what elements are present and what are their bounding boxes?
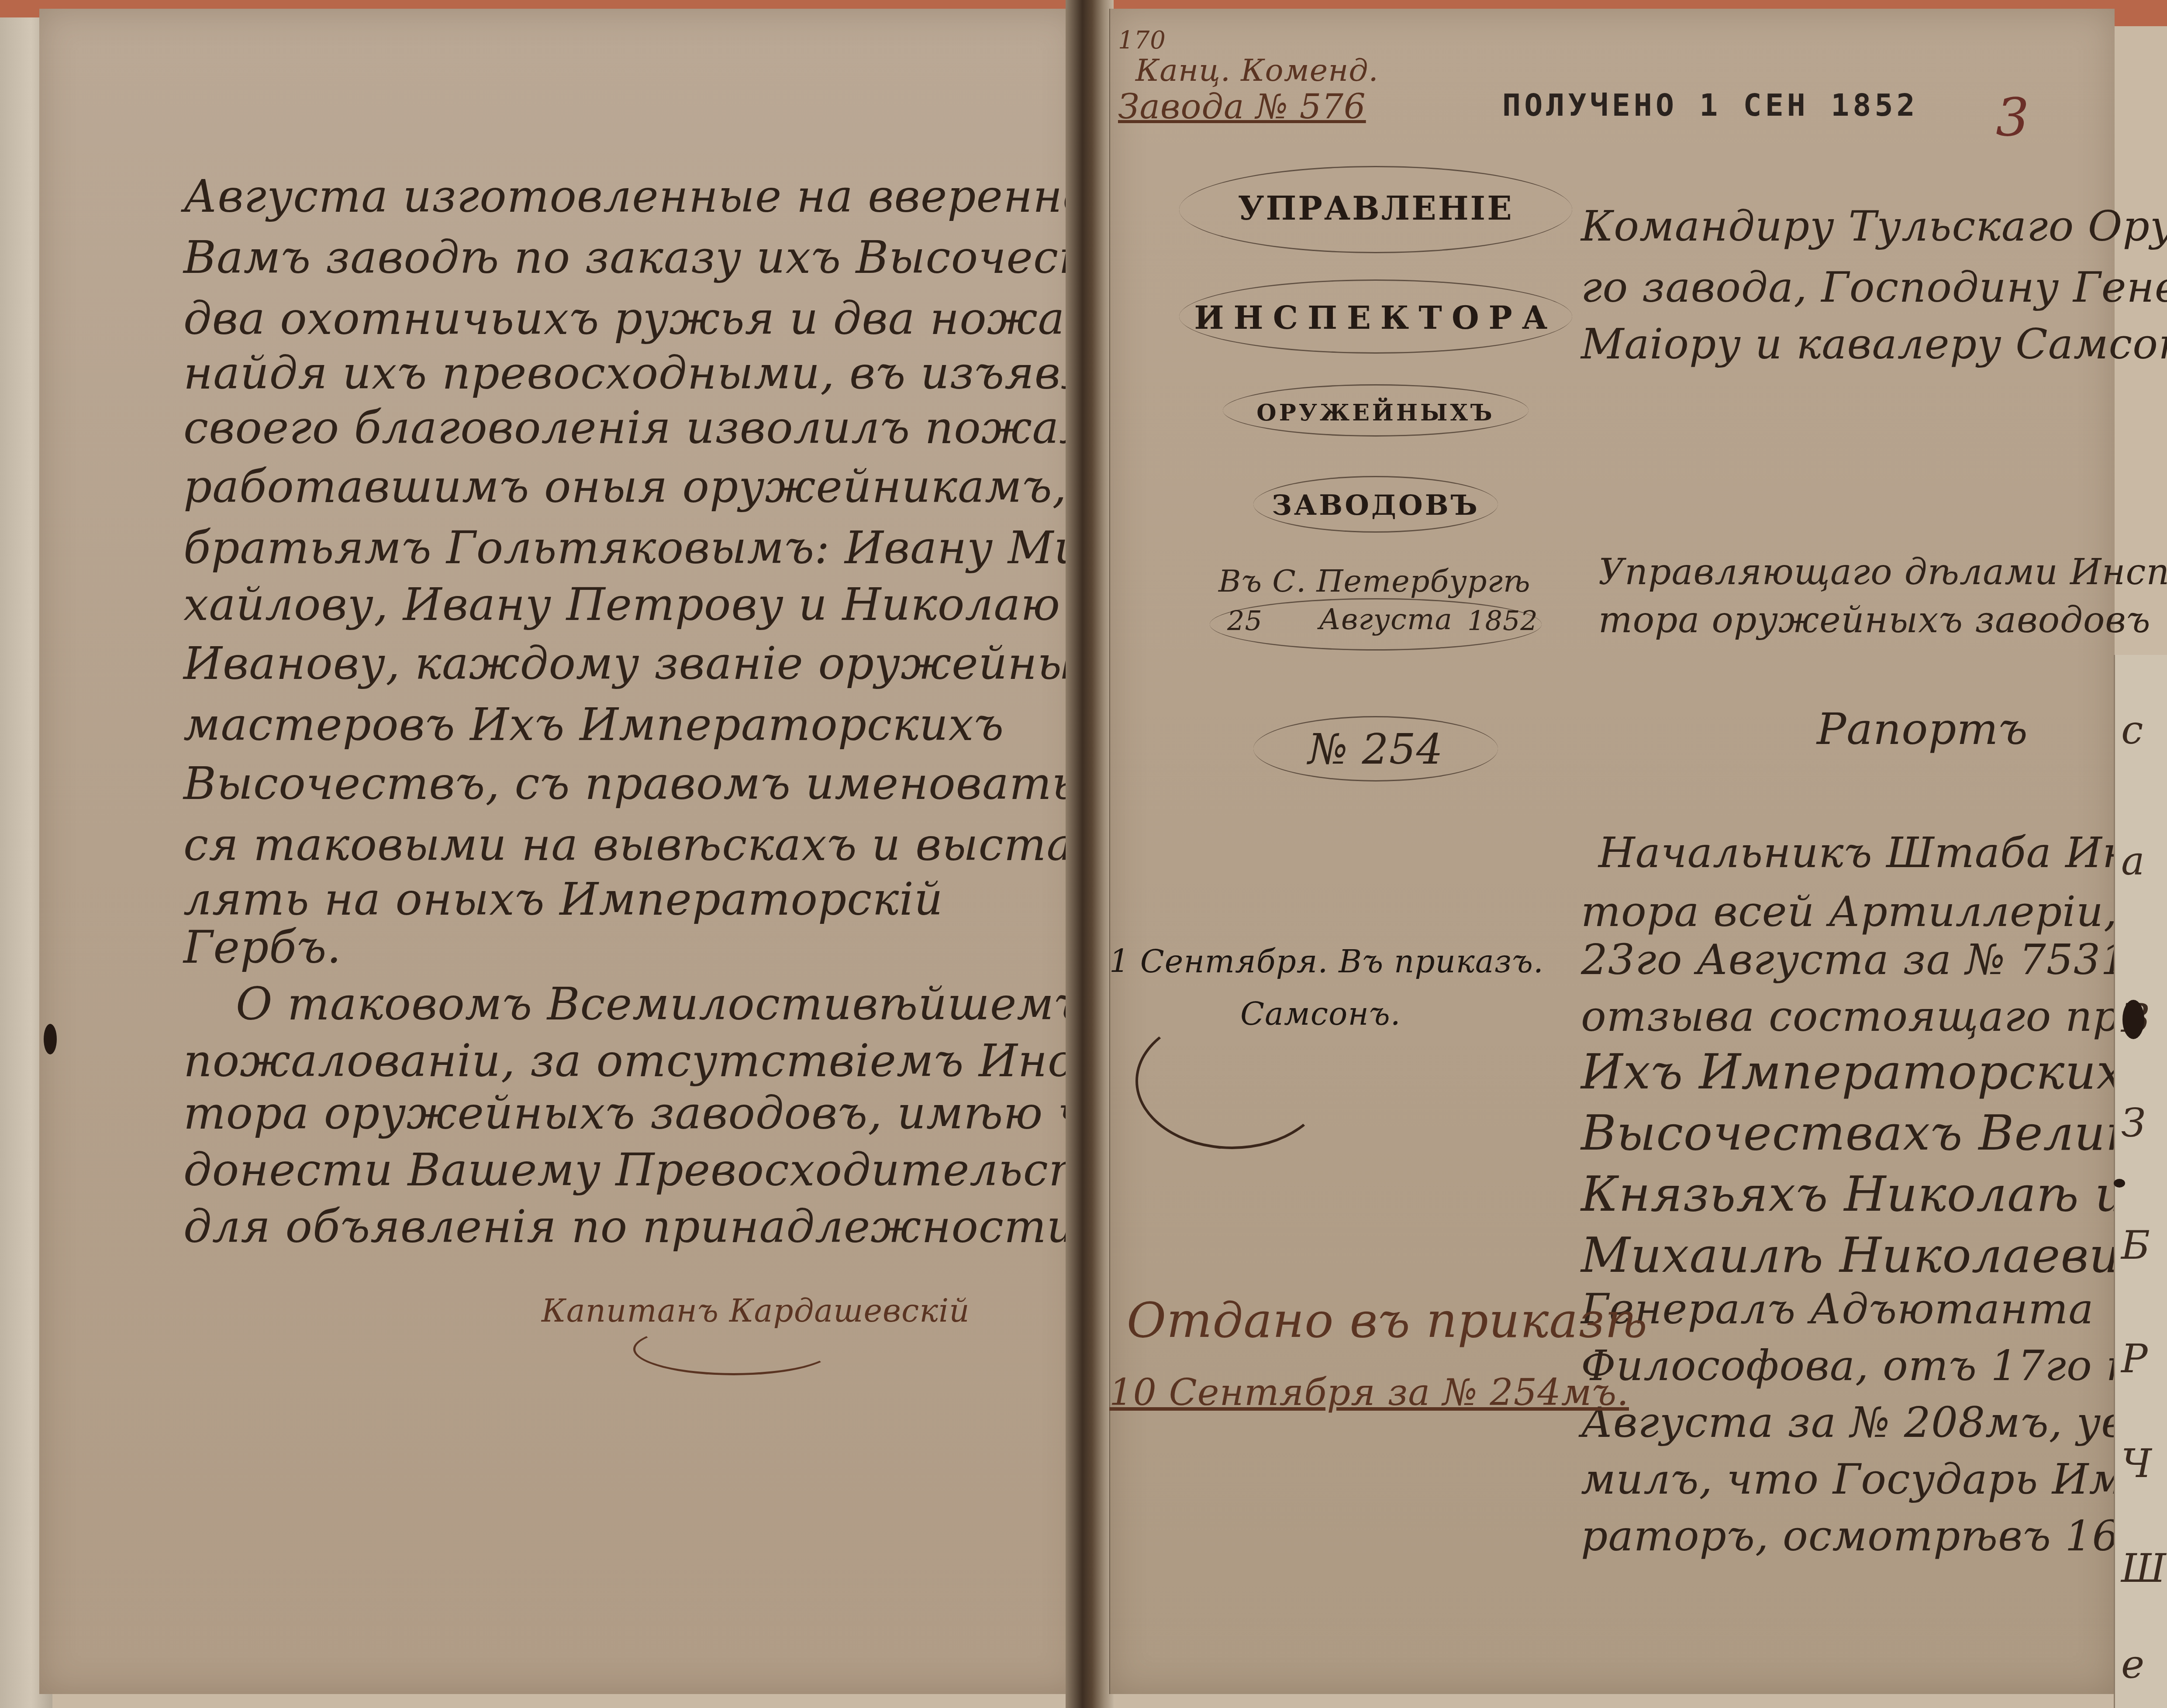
letterhead-line1: УПРАВЛЕНІЕ bbox=[1179, 190, 1572, 227]
report-body-line: Философова, отъ 17го того жъ bbox=[1581, 1345, 2167, 1387]
addressee-line: Маіору и кавалеру Самсону bbox=[1581, 323, 2167, 365]
margin-note-line1: Канц. Коменд. bbox=[1135, 52, 1379, 88]
report-body-line: Ихъ Императорскихъ bbox=[1581, 1048, 2157, 1096]
letterhead-month: Августа bbox=[1319, 603, 1453, 636]
report-body-line: Михаилѣ Николаевичахъ, bbox=[1581, 1231, 2167, 1279]
resolution-note: 1 Сентября. Въ приказъ. bbox=[1109, 943, 1544, 980]
addressee-line: го завода, Господину Генералъ bbox=[1581, 266, 2167, 308]
left-text-line: пожалованіи, за отсутствіемъ Инспек- bbox=[183, 1039, 1172, 1084]
left-text-line: Иванову, каждому званіе оружейныхъ bbox=[183, 642, 1130, 686]
letterhead: УПРАВЛЕНІЕ ИНСПЕКТОРА ОРУЖЕЙНЫХЪ ЗАВОДОВ… bbox=[1179, 148, 1572, 782]
book-spine bbox=[1066, 0, 1114, 1708]
leaf-fragment: Б bbox=[2121, 1222, 2150, 1268]
signature-flourish-icon bbox=[633, 1323, 834, 1375]
report-body-line: Начальникъ Штаба Инспек- bbox=[1598, 832, 2167, 874]
leaf-fragment: З bbox=[2121, 1100, 2146, 1146]
letterhead-line2: ИНСПЕКТОРА bbox=[1179, 299, 1572, 336]
annotation-line1: Отдано въ приказѣ bbox=[1127, 1292, 1648, 1348]
letterhead-year: 1852 bbox=[1467, 605, 1538, 637]
ink-stain bbox=[44, 1024, 57, 1054]
margin-note-line2: Завода № 576 bbox=[1118, 87, 1366, 127]
leaf-fragment: с bbox=[2121, 707, 2143, 753]
report-body-line: 23го Августа за № 7531м, съ bbox=[1581, 939, 2167, 981]
sender-line: тора оружейныхъ заводовъ bbox=[1598, 603, 2151, 638]
signature-flourish-icon bbox=[1135, 1013, 1328, 1149]
leaf-fragment: Ч bbox=[2121, 1441, 2152, 1487]
left-text-line: донести Вашему Превосходительству bbox=[183, 1148, 1144, 1193]
letterhead-number: № 254 bbox=[1179, 725, 1572, 774]
report-body-line: отзыва состоящаго при bbox=[1581, 995, 2147, 1037]
report-body-line: тора всей Артиллеріи, отъ bbox=[1581, 891, 2167, 933]
leaf-fragment: Ш bbox=[2121, 1546, 2166, 1591]
leaf-fragment: е bbox=[2121, 1642, 2144, 1687]
report-body-line: Князьяхъ Николаѣ и bbox=[1581, 1170, 2126, 1218]
left-text-line: для объявленія по принадлежности. bbox=[183, 1205, 1090, 1250]
annotation-line2: 10 Сентября за № 254мъ. bbox=[1109, 1371, 1629, 1414]
left-text-line: найдя ихъ превосходными, въ изъявленіи bbox=[183, 351, 1190, 396]
letterhead-line4: ЗАВОДОВЪ bbox=[1179, 489, 1572, 522]
report-body-line: раторъ, осмотрѣвъ 16го bbox=[1581, 1515, 2167, 1557]
left-text-line: О таковомъ Всемилостивѣйшемъ bbox=[236, 982, 1084, 1027]
left-text-line: ся таковыми на вывѣскахъ и выстав- bbox=[183, 823, 1115, 868]
report-body-line: Высочествахъ Великихъ bbox=[1581, 1109, 2167, 1157]
left-text-line: Вамъ заводѣ по заказу ихъ Высочествъ, bbox=[183, 236, 1173, 280]
received-stamp: ПОЛУЧЕНО 1 СЕН 1852 bbox=[1502, 87, 1919, 123]
left-text-line: лять на оныхъ Императорскій bbox=[183, 878, 943, 922]
left-text-line: Гербъ. bbox=[183, 926, 342, 970]
report-heading: Рапортъ bbox=[1817, 707, 2028, 751]
left-text-line: братьямъ Гольтяковымъ: Ивану Ми- bbox=[183, 526, 1098, 571]
letterhead-line3: ОРУЖЕЙНЫХЪ bbox=[1179, 399, 1572, 426]
margin-note-corner: 170 bbox=[1118, 26, 1166, 55]
left-text-line: тора оружейныхъ заводовъ, имѣю честь bbox=[183, 1092, 1205, 1136]
left-text-line: Высочествъ, съ правомъ именовать- bbox=[183, 762, 1092, 806]
left-text-line: хайлову, Ивану Петрову и Николаю bbox=[183, 583, 1060, 627]
ink-stain bbox=[2122, 1000, 2144, 1039]
left-text-line: работавшимъ оныя оружейникамъ, bbox=[183, 465, 1067, 510]
left-text-line: мастеровъ Ихъ Императорскихъ bbox=[183, 703, 1004, 747]
addressee-line: Командиру Тульскаго Оружейна- bbox=[1581, 205, 2167, 247]
page-number: 3 bbox=[1996, 87, 2029, 148]
left-text-line: два охотничьихъ ружья и два ножа и bbox=[183, 297, 1109, 341]
leaf-fragment: а bbox=[2121, 838, 2145, 884]
letterhead-place: Въ С. Петербургѣ bbox=[1218, 563, 1531, 599]
report-body-line: милъ, что Государь Импе- bbox=[1581, 1458, 2167, 1500]
sender-line: Управляющаго дѣлами Инспек- bbox=[1598, 554, 2167, 590]
report-body-line: Августа за № 208мъ, уведо- bbox=[1581, 1402, 2167, 1443]
leaf-fragment: Р bbox=[2121, 1336, 2148, 1382]
letterhead-day: 25 bbox=[1227, 605, 1263, 637]
left-text-line: Августа изготовленные на вверенном bbox=[183, 175, 1127, 219]
ink-stain bbox=[2114, 1179, 2125, 1188]
report-body-line: Генералъ Адъютанта bbox=[1581, 1288, 2094, 1330]
